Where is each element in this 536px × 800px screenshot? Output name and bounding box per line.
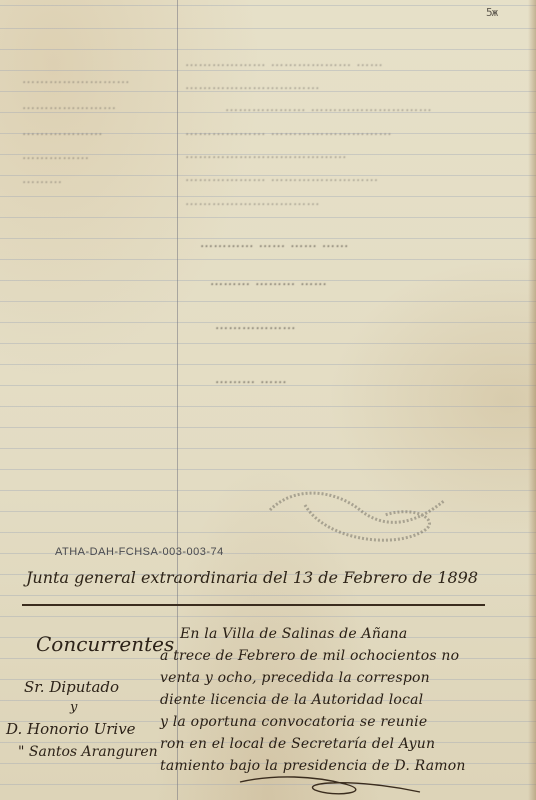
document-page: 5ж …………………… ………………… ……………… …………… ……… ………… [0, 0, 536, 800]
end-flourish-icon [235, 772, 425, 800]
body-line: y la oportuna convocatoria se reunie [160, 714, 427, 730]
bleed-line: ……………… [215, 318, 296, 333]
body-line: ron en el local de Secretaría del Ayun [160, 736, 435, 752]
heading-underline [22, 604, 485, 606]
archive-reference: ATHA-DAH-FCHSA-003-003-74 [55, 546, 224, 558]
bleed-line: ……………… …………………… [185, 170, 379, 185]
corner-mark: 5ж [486, 6, 516, 28]
body-line: En la Villa de Salinas de Añana [180, 626, 407, 642]
bleed-line: ………… …… …… …… [200, 236, 349, 251]
margin-line: y [70, 700, 77, 715]
bleed-line: ……………… ……………………… [225, 100, 432, 115]
margin-title: Concurrentes [36, 632, 174, 656]
body-line: a trece de Febrero de mil ochocientos no [160, 648, 459, 664]
bleed-line: ……………… ……………………… [185, 124, 392, 139]
bleed-line: ………………………… [185, 78, 320, 93]
bleed-line: ……………… ……………… …… [185, 55, 383, 70]
bleed-line: ……… …… [215, 372, 287, 387]
page-title: Junta general extraordinaria del 13 de F… [26, 568, 478, 587]
bleed-line: ………………………… [185, 194, 320, 209]
bleed-line: ……… [22, 172, 63, 187]
margin-line: D. Honorio Urive [6, 720, 136, 738]
page-edge [528, 0, 536, 800]
bleed-line: ……………… [22, 124, 103, 139]
margin-line: Sr. Diputado [24, 678, 119, 696]
body-line: venta y ocho, precedida la correspon [160, 670, 430, 686]
bleed-line: …………… [22, 148, 90, 163]
bleed-line: ……… ……… …… [210, 274, 327, 289]
margin-line: " Santos Aranguren [18, 744, 158, 760]
bleed-line: ………………… [22, 98, 117, 113]
bleed-flourish-icon [265, 480, 455, 555]
bleed-line: ……………………………… [185, 147, 347, 162]
bleed-line: …………………… [22, 72, 130, 87]
body-line: diente licencia de la Autoridad local [160, 692, 423, 708]
